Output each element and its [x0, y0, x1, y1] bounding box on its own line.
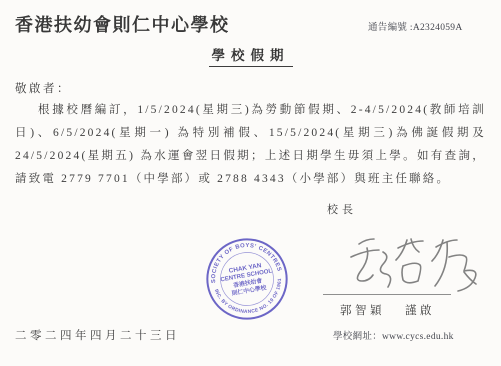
notice-number-value: A2324059A — [413, 23, 463, 33]
website-label: 學校網址： — [333, 332, 382, 342]
signature-caption: 郭智穎謹啟 — [340, 302, 435, 318]
document-title-row: 學校假期 — [0, 44, 501, 67]
principal-name: 郭智穎 — [340, 305, 385, 317]
document-date: 二零二四年四月二十三日 — [15, 327, 180, 343]
closing-phrase: 謹啟 — [405, 305, 435, 317]
signature-line — [323, 294, 451, 295]
notice-number-label: 通告編號 : — [368, 23, 413, 33]
notice-number: 通告編號 :A2324059A — [368, 19, 463, 33]
salutation: 敬啟者： — [15, 80, 71, 96]
principal-role-label: 校長 — [327, 201, 357, 217]
principal-signature-handwriting — [343, 230, 483, 298]
school-name-heading: 香港扶幼會則仁中心學校 — [15, 11, 230, 37]
school-website: 學校網址：www.cycs.edu.hk — [333, 328, 454, 342]
notice-body-paragraph: 根據校曆編訂，1/5/2024(星期三)為勞動節假期、2-4/5/2024(教師… — [15, 99, 486, 191]
school-round-stamp: SOCIETY OF BOYS' CENTRES INC. BY ORDINAN… — [198, 230, 295, 327]
website-url: www.cycs.edu.hk — [382, 332, 454, 342]
document-title: 學校假期 — [209, 44, 293, 67]
school-notice-document: 香港扶幼會則仁中心學校 通告編號 :A2324059A 學校假期 敬啟者： 根據… — [0, 0, 501, 366]
